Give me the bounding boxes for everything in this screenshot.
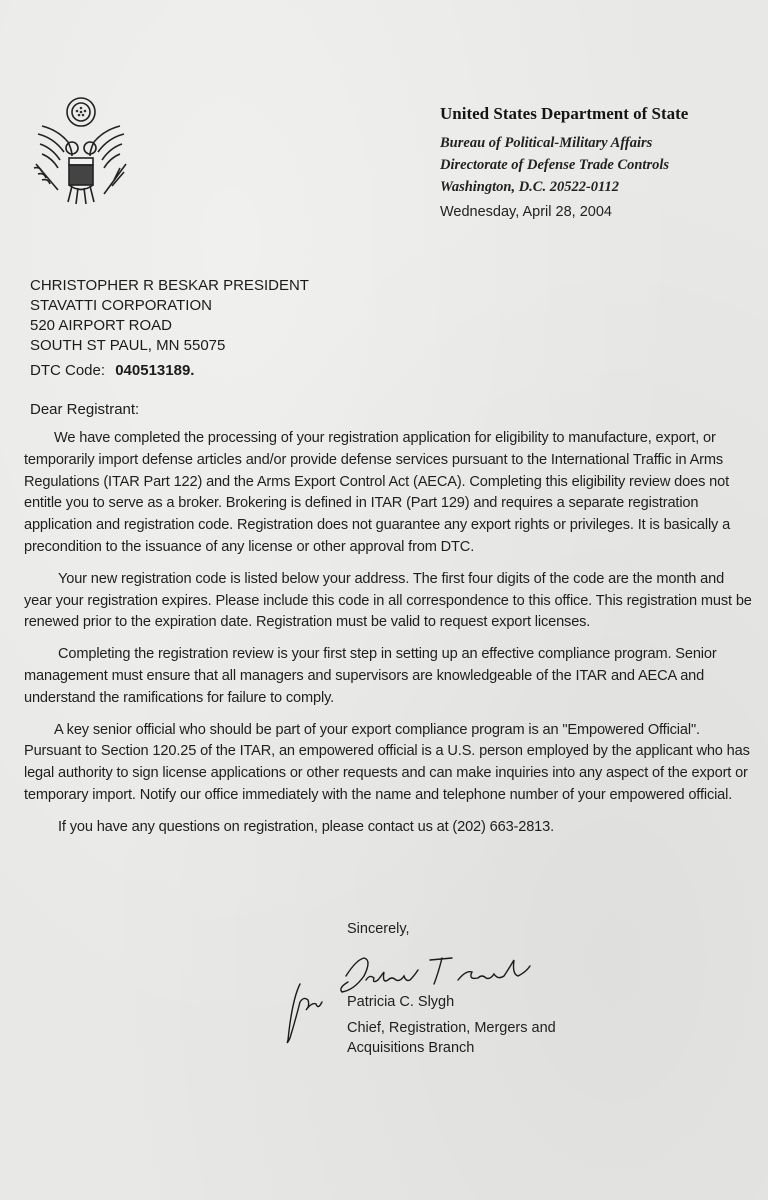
department-name: United States Department of State <box>440 104 688 124</box>
paragraph: Your new registration code is listed bel… <box>24 569 754 634</box>
bureau-name: Bureau of Political-Military Affairs <box>440 132 688 154</box>
great-seal-eagle-icon <box>28 94 134 208</box>
signer-name: Patricia C. Slygh <box>347 992 556 1012</box>
letter-page: United States Department of State Bureau… <box>0 0 768 1200</box>
letterhead: United States Department of State Bureau… <box>440 104 688 220</box>
recipient-line: 520 AIRPORT ROAD <box>30 316 309 336</box>
office-address: Washington, D.C. 20522-0112 <box>440 176 688 198</box>
paragraph: A key senior official who should be part… <box>24 720 754 807</box>
letter-date: Wednesday, April 28, 2004 <box>440 204 688 220</box>
dtc-code-value: 040513189. <box>115 362 194 379</box>
dtc-code-label: DTC Code: <box>30 362 105 379</box>
dtc-code-line: DTC Code: 040513189. <box>30 362 194 379</box>
recipient-line: CHRISTOPHER R BESKAR PRESIDENT <box>30 276 309 296</box>
letter-body: We have completed the processing of your… <box>24 428 754 849</box>
paragraph: We have completed the processing of your… <box>24 428 754 559</box>
signer-title-continued: Acquisitions Branch <box>347 1038 556 1058</box>
closing: Sincerely, <box>347 921 410 937</box>
recipient-line: SOUTH ST PAUL, MN 55075 <box>30 336 309 356</box>
paragraph: If you have any questions on registratio… <box>24 817 754 839</box>
signer-title: Chief, Registration, Mergers and <box>347 1018 556 1038</box>
recipient-line: STAVATTI CORPORATION <box>30 296 309 316</box>
directorate-name: Directorate of Defense Trade Controls <box>440 154 688 176</box>
recipient-address: CHRISTOPHER R BESKAR PRESIDENT STAVATTI … <box>30 276 309 356</box>
paragraph: Completing the registration review is yo… <box>24 644 754 709</box>
signature-block: Patricia C. Slygh Chief, Registration, M… <box>347 992 556 1058</box>
salutation: Dear Registrant: <box>30 401 139 418</box>
